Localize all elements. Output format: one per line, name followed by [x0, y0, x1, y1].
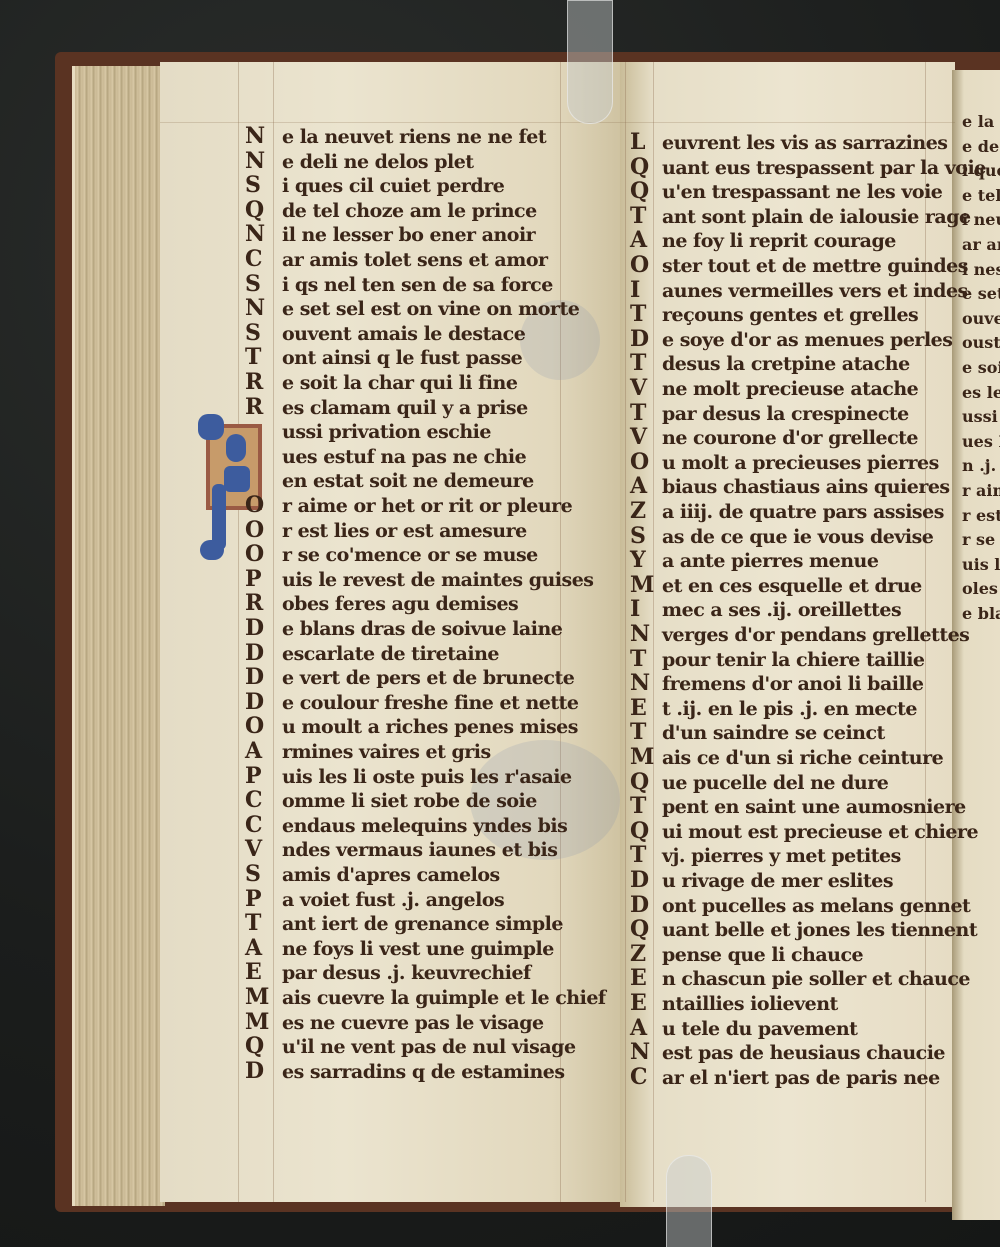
text-line: ussi privation eschie — [282, 421, 491, 443]
text-line: i qs nel ten sen de sa force — [282, 274, 553, 296]
line-initial: N — [245, 123, 265, 149]
text-line: r se co'mence or se muse — [282, 544, 538, 566]
line-initial: T — [630, 793, 646, 819]
text-line: uis le revest de maintes guises — [282, 569, 594, 591]
line-initial: O — [630, 449, 649, 475]
text-line: mec a ses .ij. oreillettes — [662, 599, 901, 621]
text-line: ais cuevre la guimple et le chief — [282, 987, 606, 1009]
facing-text-line: e soit — [962, 358, 1000, 377]
text-line: e la neuvet riens ne ne fet — [282, 126, 546, 148]
text-line: ais ce d'un si riche ceinture — [662, 747, 943, 769]
line-initial: M — [630, 572, 654, 598]
facing-text-line: ussi p — [962, 407, 1000, 426]
line-initial: A — [630, 1015, 647, 1041]
line-initial: L — [630, 129, 645, 155]
text-line: t .ij. en le pis .j. en mecte — [662, 698, 917, 720]
line-initial: C — [245, 812, 263, 838]
line-initial: D — [630, 867, 649, 893]
line-initial: T — [245, 910, 261, 936]
text-line: omme li siet robe de soie — [282, 790, 537, 812]
text-line: reçouns gentes et grelles — [662, 304, 918, 326]
line-initial: N — [630, 1039, 650, 1065]
text-line: u molt a precieuses pierres — [662, 452, 939, 474]
text-line: ar el n'iert pas de paris nee — [662, 1067, 940, 1089]
line-initial: D — [245, 664, 264, 690]
text-line: desus la cretpine atache — [662, 353, 910, 375]
line-initial: E — [245, 959, 262, 985]
line-initial: T — [630, 350, 646, 376]
text-line: et en ces esquelle et drue — [662, 575, 922, 597]
text-line: e coulour freshe fine et nette — [282, 692, 579, 714]
page-clip-bottom — [666, 1155, 712, 1247]
text-line: ne foys li vest une guimple — [282, 938, 554, 960]
text-line: ues estuf na pas ne chie — [282, 446, 526, 468]
line-initial: R — [245, 369, 263, 395]
text-line: il ne lesser bo ener anoir — [282, 224, 535, 246]
text-line: i ques cil cuiet perdre — [282, 175, 504, 197]
line-initial: S — [245, 172, 261, 198]
line-initial: V — [630, 424, 647, 450]
line-initial: A — [630, 473, 647, 499]
facing-text-line: r aime — [962, 481, 1000, 500]
line-initial: T — [630, 842, 646, 868]
line-initial: S — [245, 320, 261, 346]
text-line: ndes vermaus iaunes et bis — [282, 839, 557, 861]
line-initial: E — [630, 990, 647, 1016]
facing-text-line: ar am — [962, 235, 1000, 254]
line-initial: P — [245, 566, 262, 592]
line-initial: T — [630, 203, 646, 229]
ruling-line — [160, 122, 620, 123]
line-initial: Q — [630, 178, 649, 204]
line-initial: V — [630, 375, 647, 401]
text-line: de tel choze am le prince — [282, 200, 537, 222]
text-line: aunes vermeilles vers et indes — [662, 280, 968, 302]
facing-text-line: oust e — [962, 333, 1000, 352]
facing-text-line: i nest — [962, 260, 1000, 279]
text-line: n chascun pie soller et chauce — [662, 968, 970, 990]
line-initial: M — [245, 1009, 269, 1035]
facing-text-line: uis le re — [962, 555, 1000, 574]
text-line: a iiij. de quatre pars assises — [662, 501, 944, 523]
line-initial: O — [245, 492, 264, 518]
line-initial: S — [630, 523, 646, 549]
text-line: pense que li chauce — [662, 944, 863, 966]
line-initial: N — [630, 621, 650, 647]
line-initial: S — [245, 861, 261, 887]
line-initial: C — [630, 1064, 648, 1090]
text-line: a voiet fust .j. angelos — [282, 889, 504, 911]
facing-text-line: e tel — [962, 186, 1000, 205]
text-line: endaus melequins yndes bis — [282, 815, 567, 837]
line-initial: N — [245, 148, 265, 174]
line-initial: E — [630, 965, 647, 991]
text-line: fremens d'or anoi li baille — [662, 673, 924, 695]
text-line: verges d'or pendans grellettes — [662, 624, 969, 646]
line-initial: Q — [245, 197, 264, 223]
line-initial: O — [630, 252, 649, 278]
text-line: u'en trespassant ne les voie — [662, 181, 942, 203]
text-line: vj. pierres y met petites — [662, 845, 901, 867]
facing-text-line: e blans d — [962, 604, 1000, 623]
line-initial: P — [245, 886, 262, 912]
page-fore-edge — [72, 66, 165, 1206]
text-line: ont pucelles as melans gennet — [662, 895, 970, 917]
facing-text-line: e la — [962, 112, 994, 131]
line-initial: T — [245, 344, 261, 370]
text-line: rmines vaires et gris — [282, 741, 491, 763]
line-initial: Q — [245, 1033, 264, 1059]
line-initial: P — [245, 763, 262, 789]
text-line: e set sel est on vine on morte — [282, 298, 579, 320]
text-line: est pas de heusiaus chaucie — [662, 1042, 945, 1064]
text-line: uant belle et jones les tiennent — [662, 919, 977, 941]
text-line: uis les li oste puis les r'asaie — [282, 766, 572, 788]
line-initial: A — [245, 935, 262, 961]
text-line: u moult a riches penes mises — [282, 716, 578, 738]
text-line: es sarradins q de estamines — [282, 1061, 565, 1083]
text-line: pour tenir la chiere taillie — [662, 649, 925, 671]
text-line: en estat soit ne demeure — [282, 470, 534, 492]
text-line: uant eus trespassent par la voie — [662, 157, 986, 179]
text-line: ntaillies iolievent — [662, 993, 838, 1015]
line-initial: Z — [630, 941, 646, 967]
facing-text-line: es le — [962, 383, 1000, 402]
line-initial: I — [630, 277, 640, 303]
line-initial: M — [245, 984, 269, 1010]
text-line: r aime or het or rit or pleure — [282, 495, 572, 517]
text-line: amis d'apres camelos — [282, 864, 500, 886]
text-line: escarlate de tiretaine — [282, 643, 499, 665]
line-initial: M — [630, 744, 654, 770]
text-line: e blans dras de soivue laine — [282, 618, 562, 640]
line-initial: I — [630, 596, 640, 622]
line-initial: C — [245, 787, 263, 813]
line-initial: R — [245, 590, 263, 616]
ruling-line — [625, 62, 626, 1202]
text-line: ne foy li reprit courage — [662, 230, 896, 252]
text-line: r est lies or est amesure — [282, 520, 527, 542]
text-line: ar amis tolet sens et amor — [282, 249, 548, 271]
facing-text-line: oles fero — [962, 579, 1000, 598]
facing-text-line: ues Bi — [962, 432, 1000, 451]
text-line: ont ainsi q le fust passe — [282, 347, 522, 369]
line-initial: Z — [630, 498, 646, 524]
line-initial: S — [245, 271, 261, 297]
text-line: u rivage de mer eslites — [662, 870, 893, 892]
text-line: biaus chastiaus ains quieres — [662, 476, 950, 498]
text-line: u'il ne vent pas de nul visage — [282, 1036, 576, 1058]
text-line: ant iert de grenance simple — [282, 913, 563, 935]
facing-text-line: e set — [962, 284, 1000, 303]
line-initial: D — [245, 615, 264, 641]
text-line: a ante pierres menue — [662, 550, 878, 572]
text-line: ouvent amais le destace — [282, 323, 525, 345]
text-line: ant sont plain de ialousie rage — [662, 206, 971, 228]
text-line: pent en saint une aumosniere — [662, 796, 966, 818]
ruling-line — [620, 122, 955, 123]
line-initial: N — [245, 221, 265, 247]
ruling-line — [238, 62, 239, 1202]
line-initial: N — [245, 295, 265, 321]
text-line: e soye d'or as menues perles — [662, 329, 952, 351]
line-initial: O — [245, 713, 264, 739]
line-initial: T — [630, 400, 646, 426]
line-initial: T — [630, 646, 646, 672]
line-initial: D — [245, 689, 264, 715]
text-line: e soit la char qui li fine — [282, 372, 517, 394]
facing-text-line: r se com — [962, 530, 1000, 549]
line-initial: R — [245, 394, 263, 420]
facing-text-line: n .j. esta — [962, 456, 1000, 475]
text-line: ne courone d'or grellecte — [662, 427, 918, 449]
line-initial: T — [630, 719, 646, 745]
line-initial: Q — [630, 154, 649, 180]
line-initial: D — [630, 892, 649, 918]
line-initial: T — [630, 301, 646, 327]
line-initial: Q — [630, 916, 649, 942]
facing-text-line: ouven — [962, 309, 1000, 328]
text-line: ster tout et de mettre guindes — [662, 255, 968, 277]
text-line: e deli ne delos plet — [282, 151, 474, 173]
text-line: obes feres agu demises — [282, 593, 518, 615]
line-initial: D — [630, 326, 649, 352]
line-initial: A — [245, 738, 262, 764]
text-line: ne molt precieuse atache — [662, 378, 918, 400]
text-line: d'un saindre se ceinct — [662, 722, 885, 744]
line-initial: D — [245, 640, 264, 666]
line-initial: Q — [630, 818, 649, 844]
text-line: ue pucelle del ne dure — [662, 772, 888, 794]
text-line: es ne cuevre pas le visage — [282, 1012, 544, 1034]
page-clip-top — [567, 0, 613, 124]
text-line: euvrent les vis as sarrazines — [662, 132, 948, 154]
ruling-line — [273, 62, 274, 1202]
text-line: par desus la crespinecte — [662, 403, 909, 425]
line-initial: V — [245, 836, 262, 862]
ruling-line — [653, 62, 654, 1202]
text-line: as de ce que ie vous devise — [662, 526, 933, 548]
text-line: u tele du pavement — [662, 1018, 857, 1040]
line-initial: D — [245, 1058, 264, 1084]
line-initial: O — [245, 541, 264, 567]
line-initial: O — [245, 517, 264, 543]
line-initial: C — [245, 246, 263, 272]
text-line: par desus .j. keuvrechief — [282, 962, 531, 984]
text-line: e vert de pers et de brunecte — [282, 667, 574, 689]
facing-text-line: i neu — [962, 210, 1000, 229]
facing-text-line: e de l — [962, 137, 1000, 156]
text-line: es clamam quil y a prise — [282, 397, 528, 419]
line-initial: Y — [630, 547, 646, 573]
line-initial: Q — [630, 769, 649, 795]
facing-text-line: r est lie — [962, 506, 1000, 525]
line-initial: E — [630, 695, 647, 721]
text-line: ui mout est precieuse et chiere — [662, 821, 978, 843]
facing-text-line: i que — [962, 161, 1000, 180]
line-initial: N — [630, 670, 650, 696]
line-initial: A — [630, 227, 647, 253]
